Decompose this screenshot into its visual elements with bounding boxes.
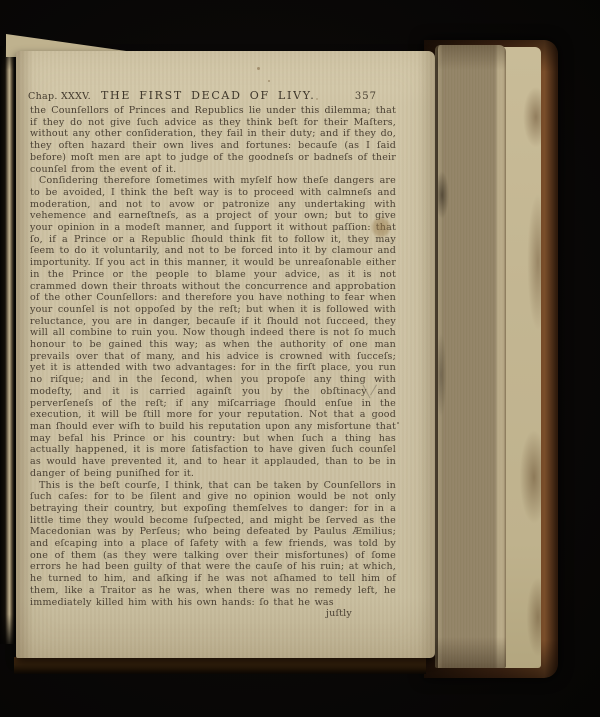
- paragraph-3: This is the beſt courſe, I think, that c…: [30, 480, 396, 609]
- page-number: 357: [355, 91, 377, 102]
- page-block-fore-edge: [435, 45, 506, 668]
- book-page: Chap. XXXV. THE FIRST DECAD OF LIVY. 357…: [16, 51, 435, 658]
- running-title: THE FIRST DECAD OF LIVY.: [101, 89, 316, 102]
- paragraph-1: the Counſellors of Princes and Republics…: [30, 105, 396, 175]
- pencil-mark: [360, 383, 382, 403]
- paper-speck: [397, 422, 399, 424]
- paper-speck: [257, 67, 260, 70]
- paper-speck: [316, 98, 318, 100]
- book-scan: Chap. XXXV. THE FIRST DECAD OF LIVY. 357…: [0, 0, 600, 717]
- chapter-label: Chap. XXXV.: [28, 91, 91, 102]
- book-cover-bottom-edge: [14, 657, 426, 674]
- catchword: juſtly: [326, 608, 352, 619]
- facing-page-block-edge: [0, 46, 17, 644]
- paper-speck: [268, 80, 270, 82]
- paragraph-2: Conſidering therefore ſometimes with myſ…: [30, 175, 396, 479]
- page-header: Chap. XXXV. THE FIRST DECAD OF LIVY. 357: [16, 89, 435, 102]
- catchword-row: juſtly: [30, 608, 396, 620]
- page-body-text: the Counſellors of Princes and Republics…: [30, 105, 396, 620]
